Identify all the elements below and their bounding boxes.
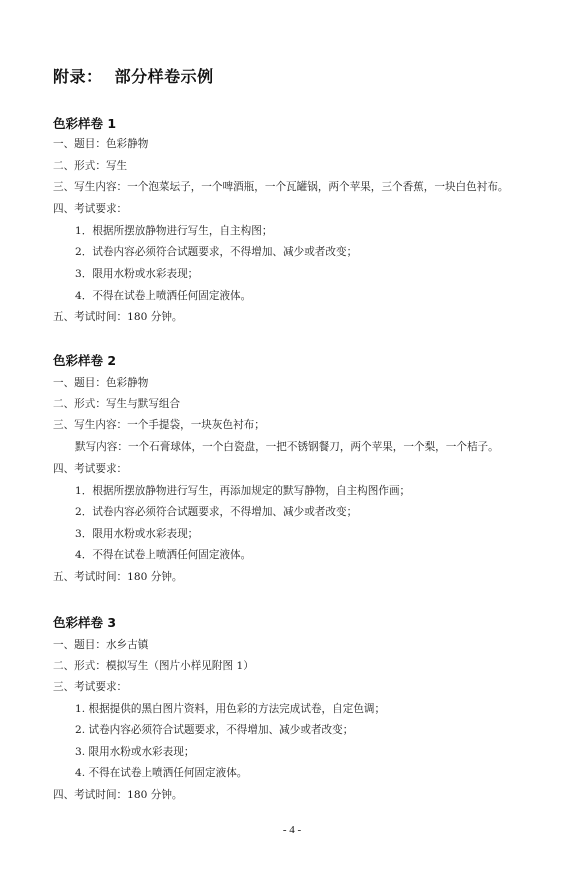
section-2-exam-time: 五、考试时间：180 分钟。 — [53, 570, 183, 584]
section-3-topic: 一、题目：水乡古镇 — [53, 638, 148, 652]
section-1-topic: 一、题目：色彩静物 — [53, 137, 148, 151]
section-1-exam-time: 五、考试时间：180 分钟。 — [53, 310, 183, 324]
section-heading-3: 色彩样卷 3 — [53, 613, 116, 631]
section-2-requirement-2: 2．试卷内容必须符合试题要求，不得增加、减少或者改变； — [75, 505, 357, 519]
section-heading-2: 色彩样卷 2 — [53, 351, 116, 369]
section-1-form: 二、形式：写生 — [53, 159, 127, 173]
section-2-requirement-4: 4．不得在试卷上喷洒任何固定液体。 — [75, 548, 251, 562]
section-2-requirement-1: 1．根据所摆放静物进行写生，再添加规定的默写静物，自主构图作画； — [75, 484, 410, 498]
section-3-requirement-1: 1. 根据提供的黑白图片资料，用色彩的方法完成试卷，自定色调； — [75, 702, 385, 716]
page-number: - 4 - — [0, 824, 584, 836]
section-2-requirement-3: 3．限用水粉或水彩表现； — [75, 527, 198, 541]
section-1-requirement-2: 2．试卷内容必须符合试题要求，不得增加、减少或者改变； — [75, 245, 357, 259]
section-3-exam-time: 四、考试时间：180 分钟。 — [53, 788, 183, 802]
section-3-requirement-4: 4. 不得在试卷上喷洒任何固定液体。 — [75, 766, 247, 780]
section-2-topic: 一、题目：色彩静物 — [53, 376, 148, 390]
page-title: 附录： 部分样卷示例 — [53, 64, 214, 87]
section-heading-1: 色彩样卷 1 — [53, 114, 116, 132]
section-2-memory-content: 默写内容：一个石膏球体，一个白瓷盘，一把不锈钢餐刀，两个苹果，一个梨，一个桔子。 — [75, 440, 499, 454]
section-1-requirement-3: 3．限用水粉或水彩表现； — [75, 267, 198, 281]
section-2-form: 二、形式：写生与默写组合 — [53, 397, 180, 411]
section-2-content: 三、写生内容：一个手提袋，一块灰色衬布； — [53, 418, 265, 432]
section-1-requirements-label: 四、考试要求： — [53, 202, 127, 216]
section-3-requirement-2: 2. 试卷内容必须符合试题要求，不得增加、减少或者改变； — [75, 723, 353, 737]
document-page: 附录： 部分样卷示例 色彩样卷 1 一、题目：色彩静物 二、形式：写生 三、写生… — [0, 0, 584, 881]
section-3-requirements-label: 三、考试要求： — [53, 680, 127, 694]
section-1-content: 三、写生内容：一个泡菜坛子，一个啤酒瓶，一个瓦罐锅，两个苹果，三个香蕉，一块白色… — [53, 180, 509, 194]
section-3-form: 二、形式：模拟写生（图片小样见附图 1） — [53, 659, 254, 673]
section-1-requirement-4: 4．不得在试卷上喷洒任何固定液体。 — [75, 289, 251, 303]
section-1-requirement-1: 1．根据所摆放静物进行写生，自主构图； — [75, 224, 272, 238]
section-2-requirements-label: 四、考试要求： — [53, 462, 127, 476]
section-3-requirement-3: 3. 限用水粉或水彩表现； — [75, 745, 194, 759]
